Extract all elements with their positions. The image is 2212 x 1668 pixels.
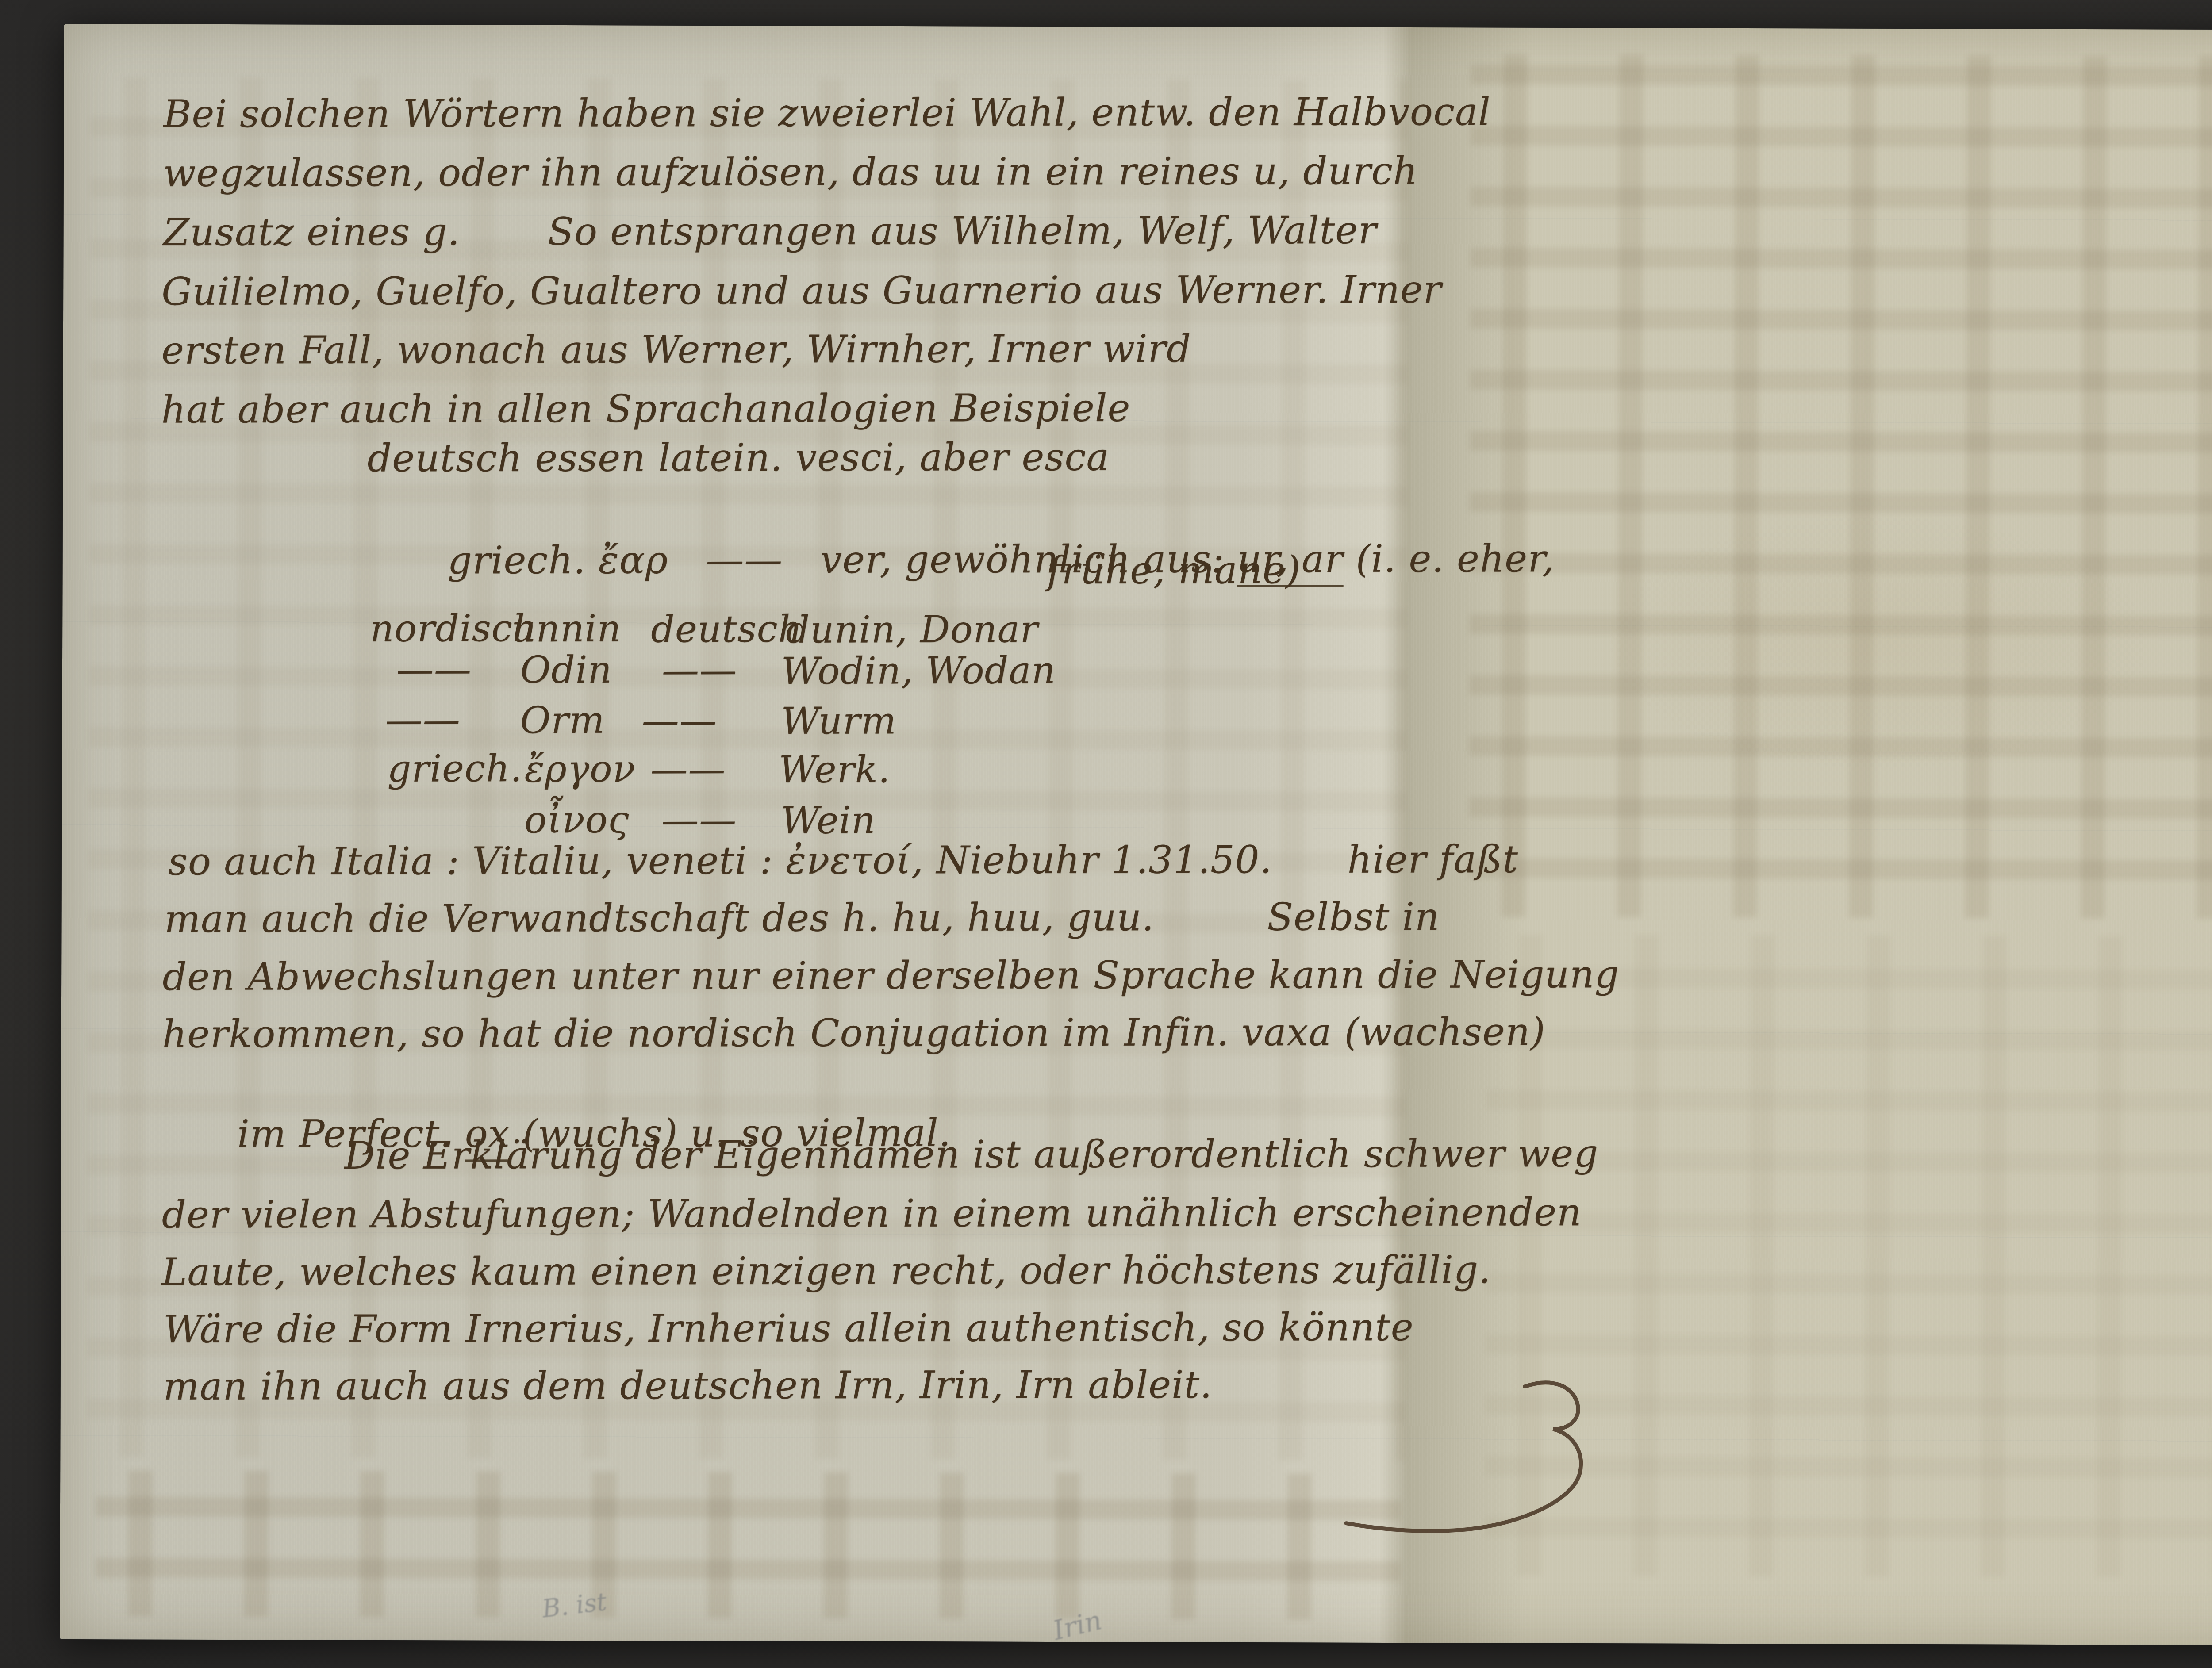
table-cell: Orm — [520, 698, 605, 742]
table-cell-dash: —— — [396, 648, 472, 691]
manuscript-line: Zusatz eines g. So entsprangen aus Wilhe… — [163, 209, 1377, 255]
bleedthrough-right-upper — [1469, 54, 2212, 920]
table-cell-dash: —— — [642, 699, 717, 742]
table-cell: griech. — [387, 747, 522, 790]
manuscript-line: den Abwechslungen unter nur einer dersel… — [162, 953, 1619, 999]
table-cell: ἔργον — [524, 747, 636, 791]
manuscript-line: deutsch essen latein. vesci, aber esca — [367, 436, 1110, 481]
table-cell: οἶνος — [524, 798, 629, 842]
manuscript-line: man ihn auch aus dem deutschen Irn, Irin… — [163, 1363, 1213, 1409]
table-cell: Wurm — [781, 699, 897, 743]
table-cell-dash: —— — [662, 648, 737, 692]
table-cell: Odin — [520, 648, 612, 692]
table-cell: unnin — [511, 607, 622, 651]
manuscript-line: herkommen, so hat die nordisch Conjugati… — [162, 1010, 1546, 1056]
bleedthrough-left-bottom — [95, 1470, 1401, 1620]
manuscript-line: hat aber auch in allen Sprachanalogien B… — [161, 387, 1130, 432]
manuscript-sheet: Bei solchen Wörtern haben sie zweierlei … — [60, 24, 2212, 1646]
table-cell: Wein — [781, 798, 876, 842]
manuscript-line: wegzulassen, oder ihn aufzulösen, das uu… — [163, 150, 1418, 196]
manuscript-line: ersten Fall, wonach aus Werner, Wirnher,… — [161, 327, 1191, 373]
table-cell-dash: —— — [661, 798, 737, 842]
manuscript-line: Guilielmo, Guelfo, Gualtero und aus Guar… — [161, 268, 1442, 314]
table-cell: dunin, Donar — [786, 607, 1038, 651]
manuscript-line: man auch die Verwandtschaft des h. hu, h… — [164, 895, 1440, 941]
manuscript-line: Wäre die Form Irnerius, Irnherius allein… — [163, 1306, 1414, 1352]
scan-background: Bei solchen Wörtern haben sie zweierlei … — [0, 0, 2212, 1668]
flourish-stroke — [1321, 1372, 1605, 1541]
line-ear-suffix: (i. e. eher, — [1343, 537, 1555, 581]
manuscript-line: Die Erklärung der Eigennamen ist außeror… — [344, 1132, 1598, 1178]
manuscript-line: Laute, welches kaum einen einzigen recht… — [161, 1248, 1491, 1294]
manuscript-line: Bei solchen Wörtern haben sie zweierlei … — [163, 90, 1491, 136]
manuscript-line: frühe, mane) — [1047, 548, 1301, 593]
pencil-note-left: B. ist — [541, 1587, 608, 1624]
manuscript-line: der vielen Abstufungen; Wandelnden in ei… — [162, 1191, 1582, 1237]
pencil-note-right: Irin — [1050, 1605, 1105, 1646]
table-cell-dash: —— — [385, 698, 461, 741]
table-cell-dash: —— — [650, 748, 726, 791]
manuscript-line: so auch Italia : Vitaliu, veneti : ἐνετο… — [168, 838, 1518, 884]
table-cell: Werk. — [779, 748, 890, 791]
table-cell: deutsch — [651, 607, 803, 651]
table-cell: Wodin, Wodan — [781, 648, 1056, 693]
